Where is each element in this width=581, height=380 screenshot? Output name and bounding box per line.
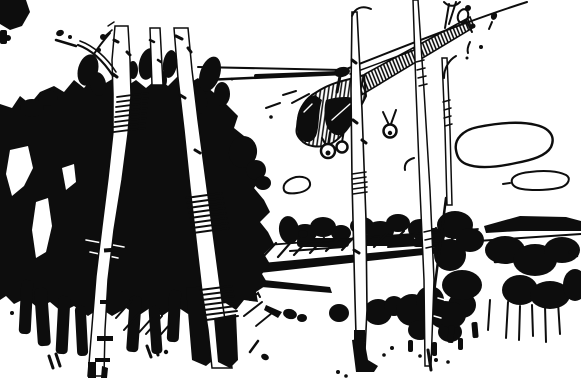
illustration xyxy=(0,0,581,380)
treeline-bar xyxy=(484,216,581,233)
illustration-page xyxy=(0,0,581,380)
cloud-tiny xyxy=(284,177,310,194)
helicopter-over-birches-illustration xyxy=(0,0,581,380)
cloud-small xyxy=(512,171,569,190)
corner-blob xyxy=(0,0,30,30)
cloud-large xyxy=(456,123,553,167)
trunk-small xyxy=(150,28,163,85)
sapling-short xyxy=(442,56,456,205)
